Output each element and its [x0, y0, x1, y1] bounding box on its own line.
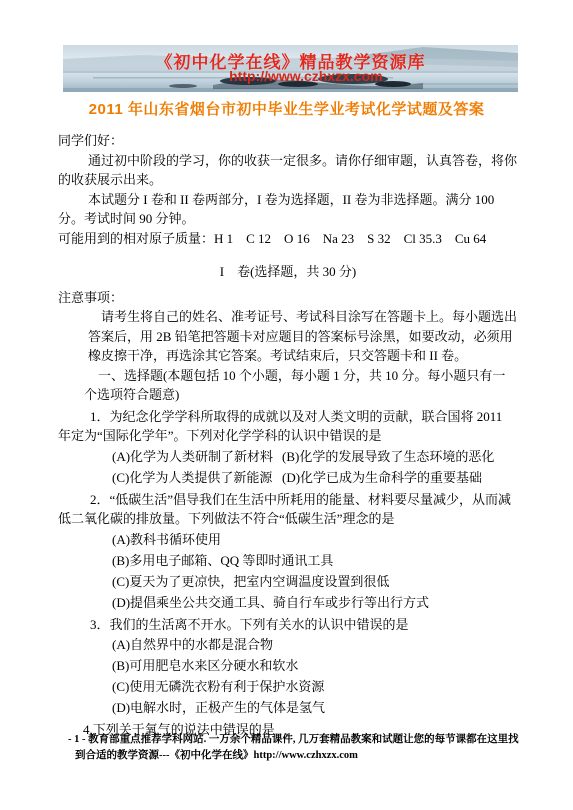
atomic-masses-line: 可能用到的相对原子质量：H 1 C 12 O 16 Na 23 S 32 Cl …	[58, 229, 518, 249]
question-2-option-c: (C)夏天为了更凉快，把室内空调温度设置到很低	[58, 571, 518, 592]
question-1-option-c: (C)化学为人类提供了新能源	[112, 467, 282, 488]
footer-line2: 到合适的教学资源---《初中化学在线》http://www.czhxzx.com	[68, 748, 520, 764]
question-2-option-b: (B)多用电子邮箱、QQ 等即时通讯工具	[58, 550, 518, 571]
document-page: 《初中化学在线》精品教学资源库 http://www.czhxzx.com 20…	[0, 45, 573, 740]
notes-label: 注意事项：	[58, 288, 518, 308]
question-2-stem: 2．“低碳生活”倡导我们在生活中所耗用的能量、材料要尽量减少，从而减低二氧化碳的…	[58, 490, 518, 529]
document-body: 同学们好： 通过初中阶段的学习，你的收获一定很多。请你仔细审题，认真答卷，将你的…	[58, 131, 518, 740]
section1-heading: I 卷(选择题，共 30 分)	[58, 262, 518, 282]
question-3-option-d: (D)电解水时，正极产生的气体是氢气	[58, 697, 518, 718]
banner-image: 《初中化学在线》精品教学资源库 http://www.czhxzx.com	[63, 45, 518, 92]
document-title: 2011 年山东省烟台市初中毕业生学业考试化学试题及答案	[0, 99, 573, 121]
question-3: 3．我们的生活离不开水。下列有关水的认识中错误的是 (A)自然界中的水都是混合物…	[58, 615, 518, 719]
page-footer: - 1 - 教育部重点推荐学科网站. 一万余个精品课件, 几万套精品教案和试题让…	[68, 732, 520, 763]
question-3-option-a: (A)自然界中的水都是混合物	[58, 634, 518, 655]
intro-paragraph: 通过初中阶段的学习，你的收获一定很多。请你仔细审题，认真答卷，将你的收获展示出来…	[58, 151, 518, 190]
notes-paragraph: 请考生将自己的姓名、准考证号、考试科目涂写在答题卡上。每小题选出答案后，用 2B…	[88, 307, 518, 366]
question-3-option-c: (C)使用无磷洗衣粉有利于保护水资源	[58, 676, 518, 697]
part1-heading: 一、选择题(本题包括 10 个小题，每小题 1 分，共 10 分。每小题只有一个…	[84, 366, 518, 405]
question-1-option-d: (D)化学已成为生命科学的重要基础	[282, 470, 482, 485]
question-1-option-b: (B)化学的发展导致了生态环境的恶化	[282, 449, 494, 464]
question-1-options-row-1: (A)化学为人类研制了新材料(B)化学的发展导致了生态环境的恶化	[58, 446, 518, 467]
question-3-option-b: (B)可用肥皂水来区分硬水和软水	[58, 655, 518, 676]
question-2-option-a: (A)教科书循环使用	[58, 529, 518, 550]
question-1-stem: 1．为纪念化学学科所取得的成就以及对人类文明的贡献，联合国将 2011 年定为“…	[58, 407, 518, 446]
question-2-option-d: (D)提倡乘坐公共交通工具、骑自行车或步行等出行方式	[58, 592, 518, 613]
greeting-line: 同学们好：	[58, 131, 518, 151]
question-1: 1．为纪念化学学科所取得的成就以及对人类文明的贡献，联合国将 2011 年定为“…	[58, 407, 518, 488]
footer-line1: - 1 - 教育部重点推荐学科网站. 一万余个精品课件, 几万套精品教案和试题让…	[68, 732, 520, 748]
question-2: 2．“低碳生活”倡导我们在生活中所耗用的能量、材料要尽量减少，从而减低二氧化碳的…	[58, 490, 518, 613]
question-3-stem: 3．我们的生活离不开水。下列有关水的认识中错误的是	[58, 615, 518, 635]
question-1-options-row-2: (C)化学为人类提供了新能源(D)化学已成为生命科学的重要基础	[58, 467, 518, 488]
question-1-option-a: (A)化学为人类研制了新材料	[112, 446, 282, 467]
exam-structure-paragraph: 本试题分 I 卷和 II 卷两部分，I 卷为选择题，II 卷为非选择题。满分 1…	[58, 190, 518, 229]
banner-site-url: http://www.czhxzx.com	[229, 68, 383, 84]
